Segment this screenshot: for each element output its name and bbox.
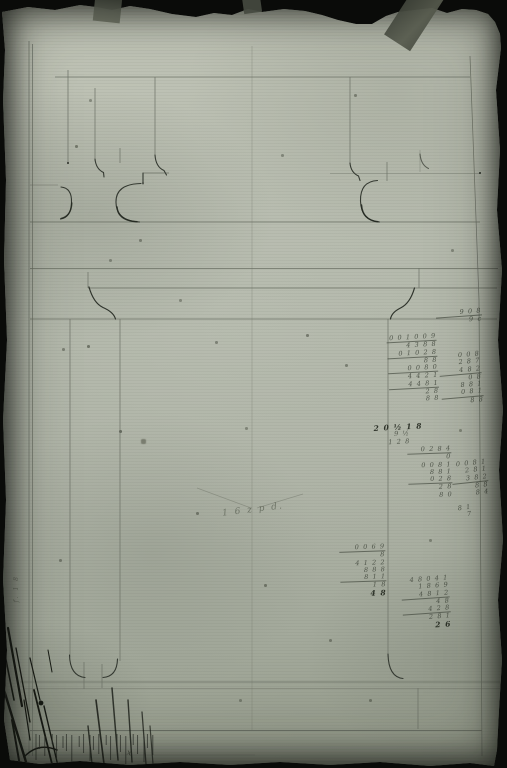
tape-piece-left <box>93 0 122 23</box>
calc-row: 4 8 <box>341 589 387 598</box>
left-margin-vertical-note: f. 1 8 <box>13 575 25 602</box>
calc-column-i: 8 17 <box>449 504 473 522</box>
foxing-specks <box>0 0 1 1</box>
left-small-step-profile <box>95 159 104 177</box>
calc-column-d: 2 0 ½ 1 89 ½1 2 8 <box>373 423 410 447</box>
ink-scribbles <box>2 628 153 766</box>
edge-torus-profile <box>61 187 72 219</box>
calc-row: 8 8 <box>389 395 439 405</box>
right-bullnose-profile <box>360 181 379 223</box>
right-base-round <box>388 654 403 679</box>
calc-row: 1 2 8 <box>374 438 410 447</box>
calc-column-b: 0 0 1 0 0 94 3 8 80 1 0 2 88 80 0 8 04 4… <box>386 333 440 405</box>
right-cyma-curve <box>391 288 415 319</box>
left-cyma-curve <box>89 287 116 319</box>
right-border <box>470 56 482 756</box>
calc-column-e: 0 2 8 400 0 8 18 8 10 2 82 88 0 <box>407 445 453 500</box>
bottom-tick-marks <box>36 734 153 764</box>
calc-column-h: 4 8 0 4 11 8 6 94 8 1 24 84 2 82 8 12 6 <box>400 574 452 630</box>
calc-column-a: 9 0 89 c <box>436 307 483 326</box>
calc-column-c: 0 0 82 8 74 8 20 88 8 10 8 18 8 <box>438 350 484 407</box>
ink-arc <box>24 747 57 757</box>
scanned-drawing: 9 0 89 c 0 0 1 0 0 94 3 8 80 1 0 2 88 80… <box>0 0 507 768</box>
left-base-round-1 <box>70 655 86 678</box>
construction-verticals <box>68 46 420 731</box>
right-cove-profile <box>350 163 360 181</box>
calc-column-g: 0 0 6 984 1 2 28 8 88 1 11 84 8 <box>339 543 387 598</box>
calc-column-f: 0 0 8 12 8 13 8 28 88 4 <box>450 458 490 499</box>
left-base-round-2 <box>103 659 118 678</box>
left-bullnose-profile <box>116 184 141 223</box>
tape-piece-center <box>242 0 262 14</box>
calc-row: 7 <box>450 511 473 521</box>
left-cove-profile <box>155 155 167 175</box>
center-handwritten-note: 1 6 z p d. <box>222 501 285 518</box>
calc-row: 8 0 <box>409 491 453 500</box>
paper-sheet: 9 0 89 c 0 0 1 0 0 94 3 8 80 1 0 2 88 80… <box>0 0 507 768</box>
x-mark: x <box>126 748 132 758</box>
